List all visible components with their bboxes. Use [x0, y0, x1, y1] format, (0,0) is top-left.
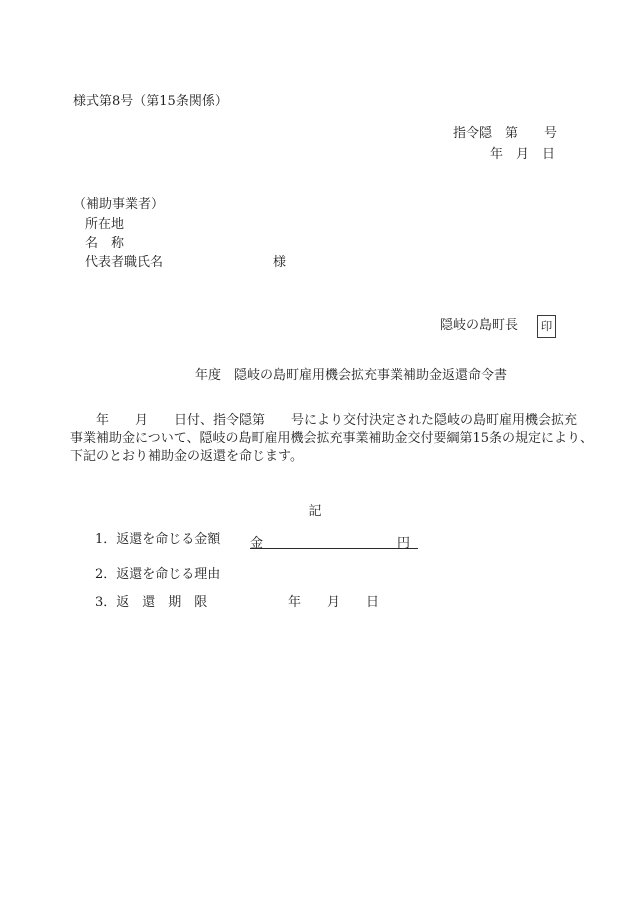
body-line-1: 年 月 日付、指令隠第 号により交付決定された隠岐の島町雇用機会拡充	[70, 412, 585, 430]
recipient-name-label: 名 称	[85, 236, 124, 252]
recipient-address-label: 所在地	[85, 217, 124, 233]
directive-date-line: 年 月 日	[490, 147, 555, 163]
amount-fill-in-field: 金 円	[250, 532, 418, 549]
item-1-label: 1．返還を命じる金額	[95, 532, 220, 548]
item-3-date-blank: 年 月 日	[288, 595, 379, 611]
body-line-2: 事業補助金について、隠岐の島町雇用機会拡充事業補助金交付要綱第15条の規定により…	[70, 430, 585, 448]
item-2-label: 2．返還を命じる理由	[95, 567, 220, 583]
recipient-representative-label: 代表者職氏名	[85, 255, 163, 271]
return-order-document-page: 様式第8号（第15条関係） 指令隠 第 号 年 月 日 （補助事業者） 所在地 …	[0, 0, 630, 903]
body-paragraph: 年 月 日付、指令隠第 号により交付決定された隠岐の島町雇用機会拡充 事業補助金…	[70, 412, 585, 467]
amount-prefix: 金	[250, 532, 263, 548]
recipient-section-heading: （補助事業者）	[73, 197, 164, 213]
seal-box: 印	[537, 315, 556, 338]
item-3-label: 3．返 還 期 限	[95, 595, 207, 611]
document-title: 年度 隠岐の島町雇用機会拡充事業補助金返還命令書	[195, 368, 507, 384]
form-number: 様式第8号（第15条関係）	[73, 94, 228, 110]
body-line-3: 下記のとおり補助金の返還を命じます。	[70, 448, 585, 466]
issuer-mayor-title: 隠岐の島町長	[440, 318, 518, 334]
seal-mark: 印	[541, 321, 553, 333]
record-marker: 記	[0, 500, 630, 519]
recipient-honorific: 様	[273, 255, 286, 271]
amount-suffix: 円	[397, 532, 410, 548]
directive-number-line: 指令隠 第 号	[453, 126, 557, 142]
